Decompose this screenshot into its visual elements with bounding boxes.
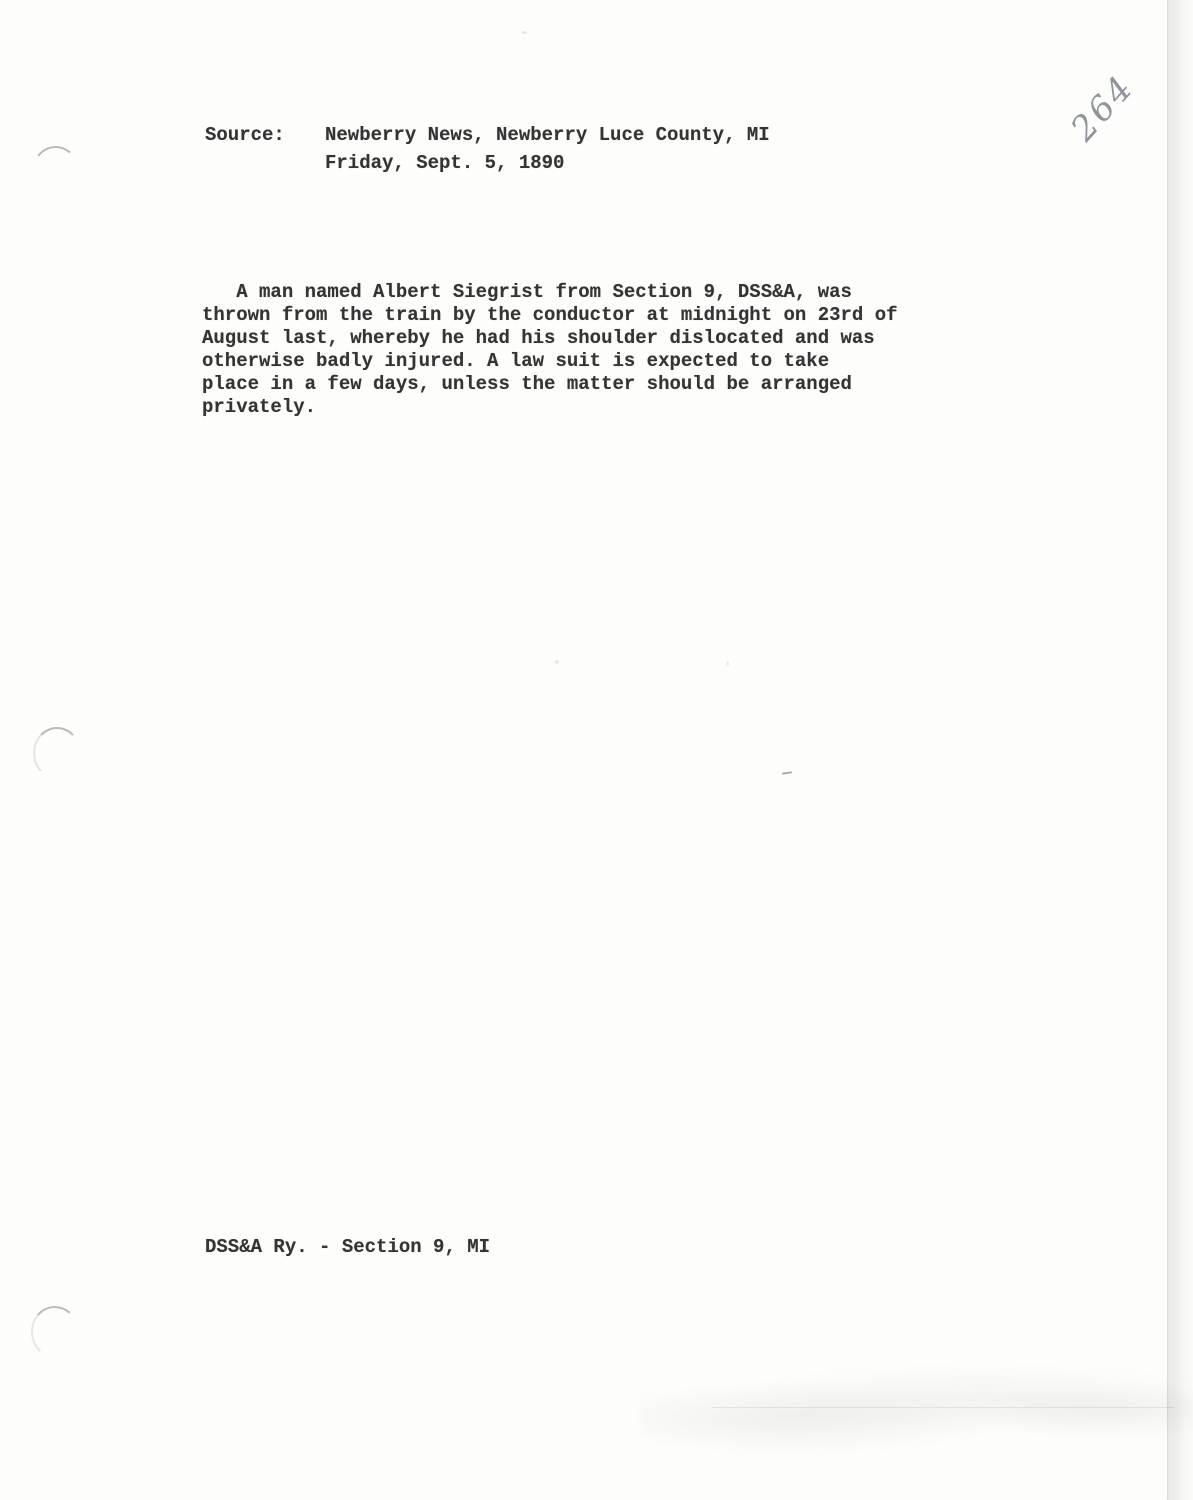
handwritten-page-number: 264 xyxy=(1063,67,1142,149)
hole-punch-shadow-middle xyxy=(33,727,81,779)
source-label: Source: xyxy=(205,121,285,149)
scan-page-edge-strip xyxy=(1167,0,1193,1500)
scratch-line xyxy=(712,1407,1174,1408)
source-date: Friday, Sept. 5, 1890 xyxy=(325,149,770,177)
source-block: Newberry News, Newberry Luce County, MI … xyxy=(325,121,770,177)
hole-punch-shadow-top xyxy=(29,144,82,201)
hole-punch-shadow-bottom xyxy=(29,1304,81,1359)
dust-speck xyxy=(522,31,527,34)
footer-caption: DSS&A Ry. - Section 9, MI xyxy=(205,1236,490,1259)
dust-speck xyxy=(555,660,559,664)
source-publication: Newberry News, Newberry Luce County, MI xyxy=(325,121,770,149)
article-text: A man named Albert Siegrist from Section… xyxy=(202,281,898,419)
dust-speck xyxy=(726,661,729,666)
scanned-document-page: { "document": { "source": { "label": "So… xyxy=(0,0,1193,1500)
pencil-dash-mark xyxy=(782,771,792,774)
graphite-smudge xyxy=(640,1340,1193,1470)
